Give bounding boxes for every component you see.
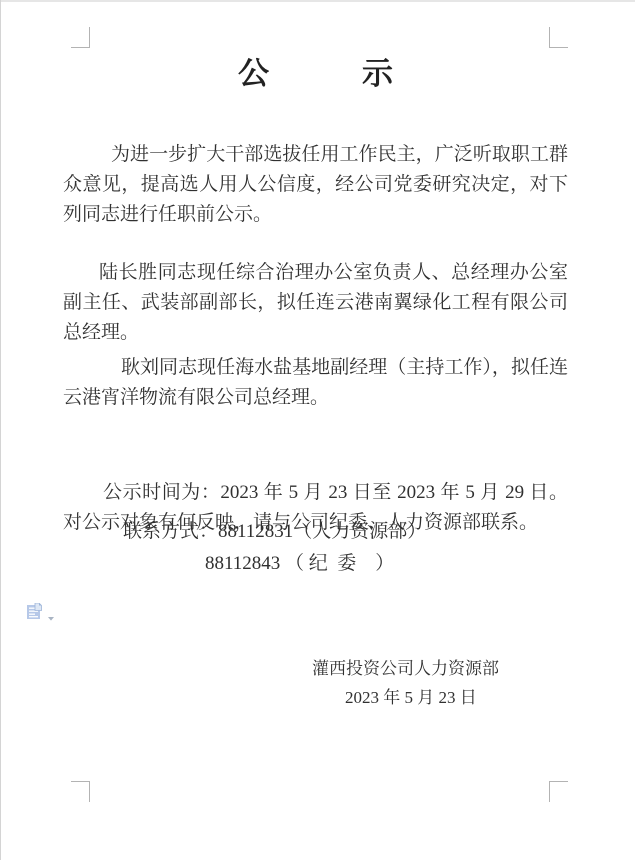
chevron-down-icon xyxy=(47,610,55,625)
paste-options-button[interactable] xyxy=(26,603,58,625)
contact-line-committee: 88112843 （ 纪 委 ） xyxy=(205,549,394,579)
crop-mark-top-left xyxy=(71,27,90,48)
contact-line-hr: 联系方式：88112831（人力资源部） xyxy=(123,517,426,547)
paragraph-candidate-2: 耿刘同志现任海水盐基地副经理（主持工作），拟任连云港宵洋物流有限公司总经理。 xyxy=(63,353,568,413)
paragraph-candidate-1: 陆长胜同志现任综合治理办公室负责人、总经理办公室副主任、武装部副部长，拟任连云港… xyxy=(63,258,568,348)
document-page: 公 示 为进一步扩大干部选拔任用工作民主，广泛听取职工群众意见，提高选人用人公信… xyxy=(0,0,635,860)
crop-mark-top-right xyxy=(549,27,568,48)
canvas-left-edge xyxy=(0,0,1,860)
date-line: 2023 年 5 月 23 日 xyxy=(345,685,477,711)
canvas-top-edge xyxy=(0,0,635,2)
crop-mark-bottom-left xyxy=(71,781,90,802)
paragraph-intro: 为进一步扩大干部选拔任用工作民主，广泛听取职工群众意见，提高选人用人公信度，经公… xyxy=(63,140,568,230)
signature-line: 灌西投资公司人力资源部 xyxy=(312,656,499,682)
crop-mark-bottom-right xyxy=(549,781,568,802)
page-title: 公 示 xyxy=(63,48,568,93)
